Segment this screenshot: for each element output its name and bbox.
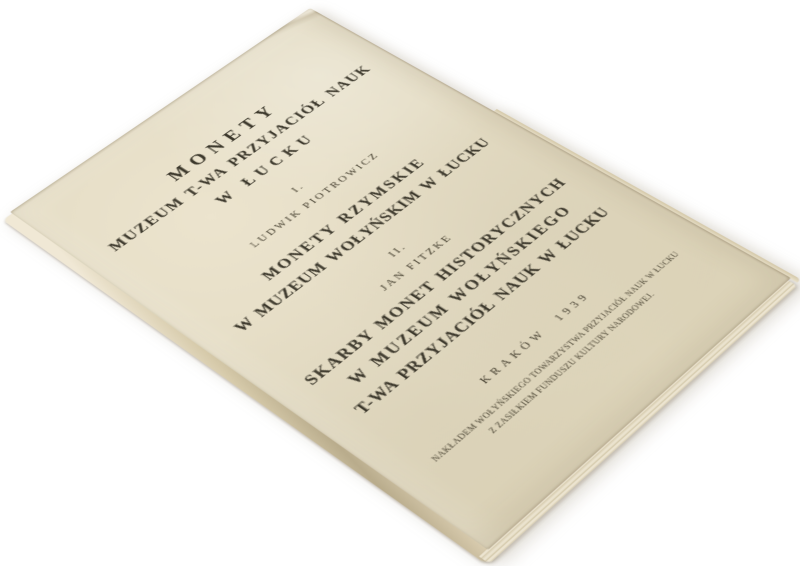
photo-background: MONETY MUZEUM T-WA PRZYJACIÓŁ NAUK W ŁUC… [0, 0, 800, 566]
imprint-publisher-line2: Z ZASIŁKIEM FUNDUSZU KULTURY NARODOWEJ. [417, 239, 716, 494]
booklet: MONETY MUZEUM T-WA PRZYJACIÓŁ NAUK W ŁUC… [10, 8, 791, 550]
series-subtitle-line2: W ŁUCKU [109, 65, 412, 282]
series-title: MONETY [65, 40, 371, 254]
booklet-front-cover: MONETY MUZEUM T-WA PRZYJACIÓŁ NAUK W ŁUC… [10, 8, 791, 550]
